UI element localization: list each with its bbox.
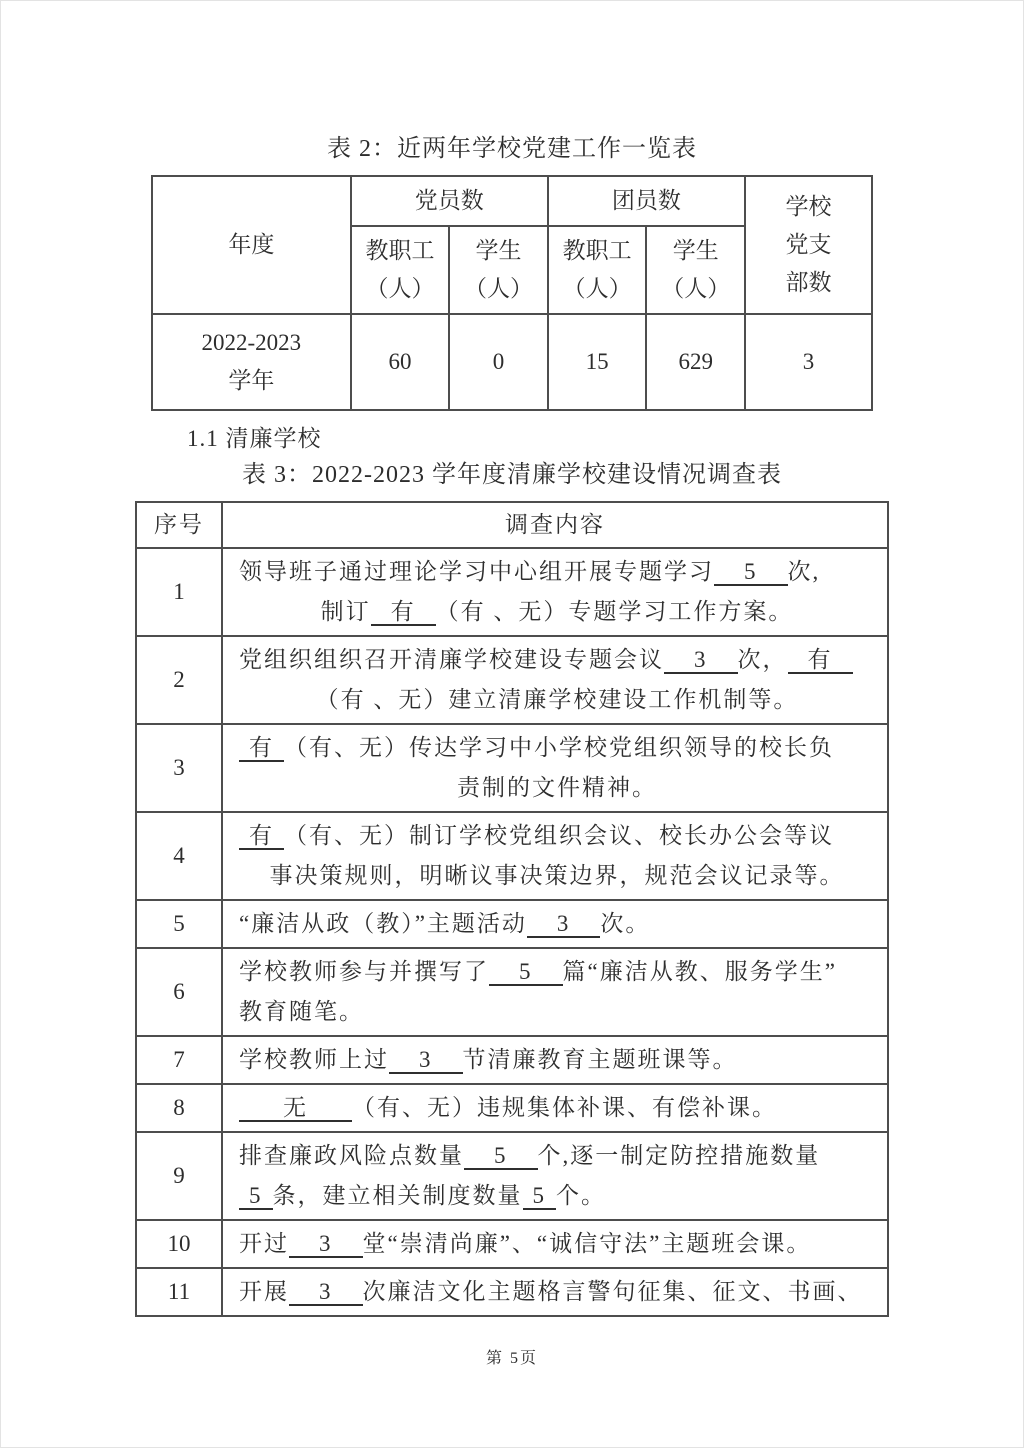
row-number: 3 (136, 724, 222, 812)
text-segment: 责制的文件精神。 (457, 775, 657, 800)
row-content: 党组织组织召开清廉学校建设专题会议3次，有（有 、无）建立清廉学校建设工作机制等… (222, 636, 888, 724)
text-segment: 次， (738, 647, 788, 672)
text-segment: 次廉洁文化主题格言警句征集、征文、书画、 (363, 1279, 863, 1304)
underlined-value: 无 (239, 1095, 352, 1122)
year-header-cell: 年度 (152, 176, 351, 314)
underlined-value: 有 (239, 735, 284, 762)
league-staff-value: 15 (548, 314, 647, 410)
party-staff-header: 教职工（人） (351, 226, 450, 314)
year-value: 2022-2023学年 (152, 314, 351, 410)
survey-row: 2党组织组织召开清廉学校建设专题会议3次，有（有 、无）建立清廉学校建设工作机制… (136, 636, 888, 724)
text-segment: 教育随笔。 (239, 999, 364, 1024)
text-segment: 领导班子通过理论学习中心组开展专题学习 (239, 559, 714, 584)
row-content: 无（有、无）违规集体补课、有偿补课。 (222, 1084, 888, 1132)
text-segment: 学校教师参与并撰写了 (239, 959, 489, 984)
survey-row: 1领导班子通过理论学习中心组开展专题学习5次,制订有（有 、无）专题学习工作方案… (136, 548, 888, 636)
page-number: 第 5页 (1, 1345, 1023, 1368)
content-line: 排查廉政风险点数量5个,逐一制定防控措施数量 (239, 1136, 875, 1176)
underlined-value: 5 (523, 1183, 557, 1210)
content-line: 领导班子通过理论学习中心组开展专题学习5次, (239, 552, 875, 592)
content-line: 教育随笔。 (239, 992, 875, 1032)
text-segment: 事决策规则，明晰议事决策边界，规范会议记录等。 (270, 863, 845, 888)
survey-table-body: 1领导班子通过理论学习中心组开展专题学习5次,制订有（有 、无）专题学习工作方案… (136, 548, 888, 1316)
document-page: 表 2：近两年学校党建工作一览表 年度 党员数 团员数 学校党支部数 教职工（人… (0, 0, 1024, 1448)
league-student-header: 学生（人） (646, 226, 745, 314)
text-segment: 次。 (600, 911, 650, 936)
table2-data-row: 2022-2023学年 60 0 15 629 3 (152, 314, 872, 410)
underlined-value: 有 (371, 599, 436, 626)
row-number: 9 (136, 1132, 222, 1220)
text-segment: 个,逐一制定防控措施数量 (538, 1143, 821, 1168)
content-line: 5条，建立相关制度数量5个。 (239, 1176, 875, 1216)
content-line: 责制的文件精神。 (239, 768, 875, 808)
content-line: 有（有、无）制订学校党组织会议、校长办公会等议 (239, 816, 875, 856)
row-number: 1 (136, 548, 222, 636)
underlined-value: 有 (788, 647, 853, 674)
content-line: 开展3次廉洁文化主题格言警句征集、征文、书画、 (239, 1272, 875, 1312)
text-segment: 篇“廉洁从教、服务学生” (563, 959, 837, 984)
table3-title: 表 3：2022-2023 学年度清廉学校建设情况调查表 (1, 457, 1023, 493)
text-segment: 制订 (321, 599, 371, 624)
row-number: 7 (136, 1036, 222, 1084)
row-content: 排查廉政风险点数量5个,逐一制定防控措施数量5条，建立相关制度数量5个。 (222, 1132, 888, 1220)
league-staff-header: 教职工（人） (548, 226, 647, 314)
text-segment: 开展 (239, 1279, 289, 1304)
content-line: 党组织组织召开清廉学校建设专题会议3次，有 (239, 640, 875, 680)
text-segment: “廉洁从政（教）”主题活动 (239, 911, 527, 936)
content-line: “廉洁从政（教）”主题活动3次。 (239, 904, 875, 944)
survey-header-row: 序号 调查内容 (136, 502, 888, 548)
underlined-value: 3 (527, 911, 601, 938)
text-segment: （有、无）制订学校党组织会议、校长办公会等议 (284, 823, 834, 848)
branches-header-cell: 学校党支部数 (745, 176, 872, 314)
underlined-value: 5 (489, 959, 563, 986)
league-student-value: 629 (646, 314, 745, 410)
underlined-value: 3 (289, 1279, 363, 1306)
row-content: 学校教师上过3节清廉教育主题班课等。 (222, 1036, 888, 1084)
underlined-value: 有 (239, 823, 284, 850)
text-segment: 节清廉教育主题班课等。 (463, 1047, 738, 1072)
survey-header-content: 调查内容 (222, 502, 888, 548)
text-segment: 排查廉政风险点数量 (239, 1143, 464, 1168)
text-segment: （有、无）违规集体补课、有偿补课。 (352, 1095, 777, 1120)
league-members-header: 团员数 (548, 176, 745, 226)
content-line: 事决策规则，明晰议事决策边界，规范会议记录等。 (239, 856, 875, 896)
content-line: 制订有（有 、无）专题学习工作方案。 (239, 592, 875, 632)
underlined-value: 5 (239, 1183, 273, 1210)
row-content: 有（有、无）制订学校党组织会议、校长办公会等议事决策规则，明晰议事决策边界，规范… (222, 812, 888, 900)
table2-title: 表 2：近两年学校党建工作一览表 (1, 131, 1023, 167)
table2-header-row-1: 年度 党员数 团员数 学校党支部数 (152, 176, 872, 226)
survey-table: 序号 调查内容 1领导班子通过理论学习中心组开展专题学习5次,制订有（有 、无）… (135, 501, 889, 1317)
underlined-value: 5 (464, 1143, 538, 1170)
row-number: 8 (136, 1084, 222, 1132)
survey-row: 11开展3次廉洁文化主题格言警句征集、征文、书画、 (136, 1268, 888, 1316)
text-segment: 堂“崇清尚廉”、“诚信守法”主题班会课。 (363, 1231, 812, 1256)
text-segment: 党组织组织召开清廉学校建设专题会议 (239, 647, 664, 672)
underlined-value: 3 (389, 1047, 463, 1074)
underlined-value: 3 (289, 1231, 363, 1258)
row-number: 2 (136, 636, 222, 724)
party-building-table: 年度 党员数 团员数 学校党支部数 教职工（人） 学生（人） 教职工（人） 学生… (151, 175, 873, 411)
survey-row: 10开过3堂“崇清尚廉”、“诚信守法”主题班会课。 (136, 1220, 888, 1268)
branches-value: 3 (745, 314, 872, 410)
text-segment: （有 、无）建立清廉学校建设工作机制等。 (316, 687, 799, 712)
section-heading: 1.1 清廉学校 (187, 421, 1023, 457)
content-line: 无（有、无）违规集体补课、有偿补课。 (239, 1088, 875, 1128)
survey-row: 5“廉洁从政（教）”主题活动3次。 (136, 900, 888, 948)
party-members-header: 党员数 (351, 176, 548, 226)
survey-row: 9排查廉政风险点数量5个,逐一制定防控措施数量5条，建立相关制度数量5个。 (136, 1132, 888, 1220)
survey-row: 3有（有、无）传达学习中小学校党组织领导的校长负责制的文件精神。 (136, 724, 888, 812)
row-content: 开展3次廉洁文化主题格言警句征集、征文、书画、 (222, 1268, 888, 1316)
party-student-value: 0 (449, 314, 548, 410)
survey-row: 4有（有、无）制订学校党组织会议、校长办公会等议事决策规则，明晰议事决策边界，规… (136, 812, 888, 900)
row-number: 6 (136, 948, 222, 1036)
party-staff-value: 60 (351, 314, 450, 410)
row-number: 5 (136, 900, 222, 948)
content-line: 开过3堂“崇清尚廉”、“诚信守法”主题班会课。 (239, 1224, 875, 1264)
survey-row: 8无（有、无）违规集体补课、有偿补课。 (136, 1084, 888, 1132)
survey-header-no: 序号 (136, 502, 222, 548)
underlined-value: 5 (714, 559, 788, 586)
underlined-value: 3 (664, 647, 738, 674)
text-segment: 个。 (556, 1183, 606, 1208)
party-student-header: 学生（人） (449, 226, 548, 314)
row-number: 10 (136, 1220, 222, 1268)
text-segment: （有、无）传达学习中小学校党组织领导的校长负 (284, 735, 834, 760)
row-content: “廉洁从政（教）”主题活动3次。 (222, 900, 888, 948)
text-segment: 条，建立相关制度数量 (273, 1183, 523, 1208)
text-segment: 次, (788, 559, 821, 584)
row-content: 开过3堂“崇清尚廉”、“诚信守法”主题班会课。 (222, 1220, 888, 1268)
content-line: 学校教师参与并撰写了5篇“廉洁从教、服务学生” (239, 952, 875, 992)
row-number: 4 (136, 812, 222, 900)
text-segment: （有 、无）专题学习工作方案。 (436, 599, 794, 624)
content-line: （有 、无）建立清廉学校建设工作机制等。 (239, 680, 875, 720)
row-number: 11 (136, 1268, 222, 1316)
survey-row: 6学校教师参与并撰写了5篇“廉洁从教、服务学生”教育随笔。 (136, 948, 888, 1036)
content-line: 有（有、无）传达学习中小学校党组织领导的校长负 (239, 728, 875, 768)
text-segment: 开过 (239, 1231, 289, 1256)
content-line: 学校教师上过3节清廉教育主题班课等。 (239, 1040, 875, 1080)
text-segment: 学校教师上过 (239, 1047, 389, 1072)
row-content: 有（有、无）传达学习中小学校党组织领导的校长负责制的文件精神。 (222, 724, 888, 812)
row-content: 领导班子通过理论学习中心组开展专题学习5次,制订有（有 、无）专题学习工作方案。 (222, 548, 888, 636)
row-content: 学校教师参与并撰写了5篇“廉洁从教、服务学生”教育随笔。 (222, 948, 888, 1036)
survey-row: 7学校教师上过3节清廉教育主题班课等。 (136, 1036, 888, 1084)
